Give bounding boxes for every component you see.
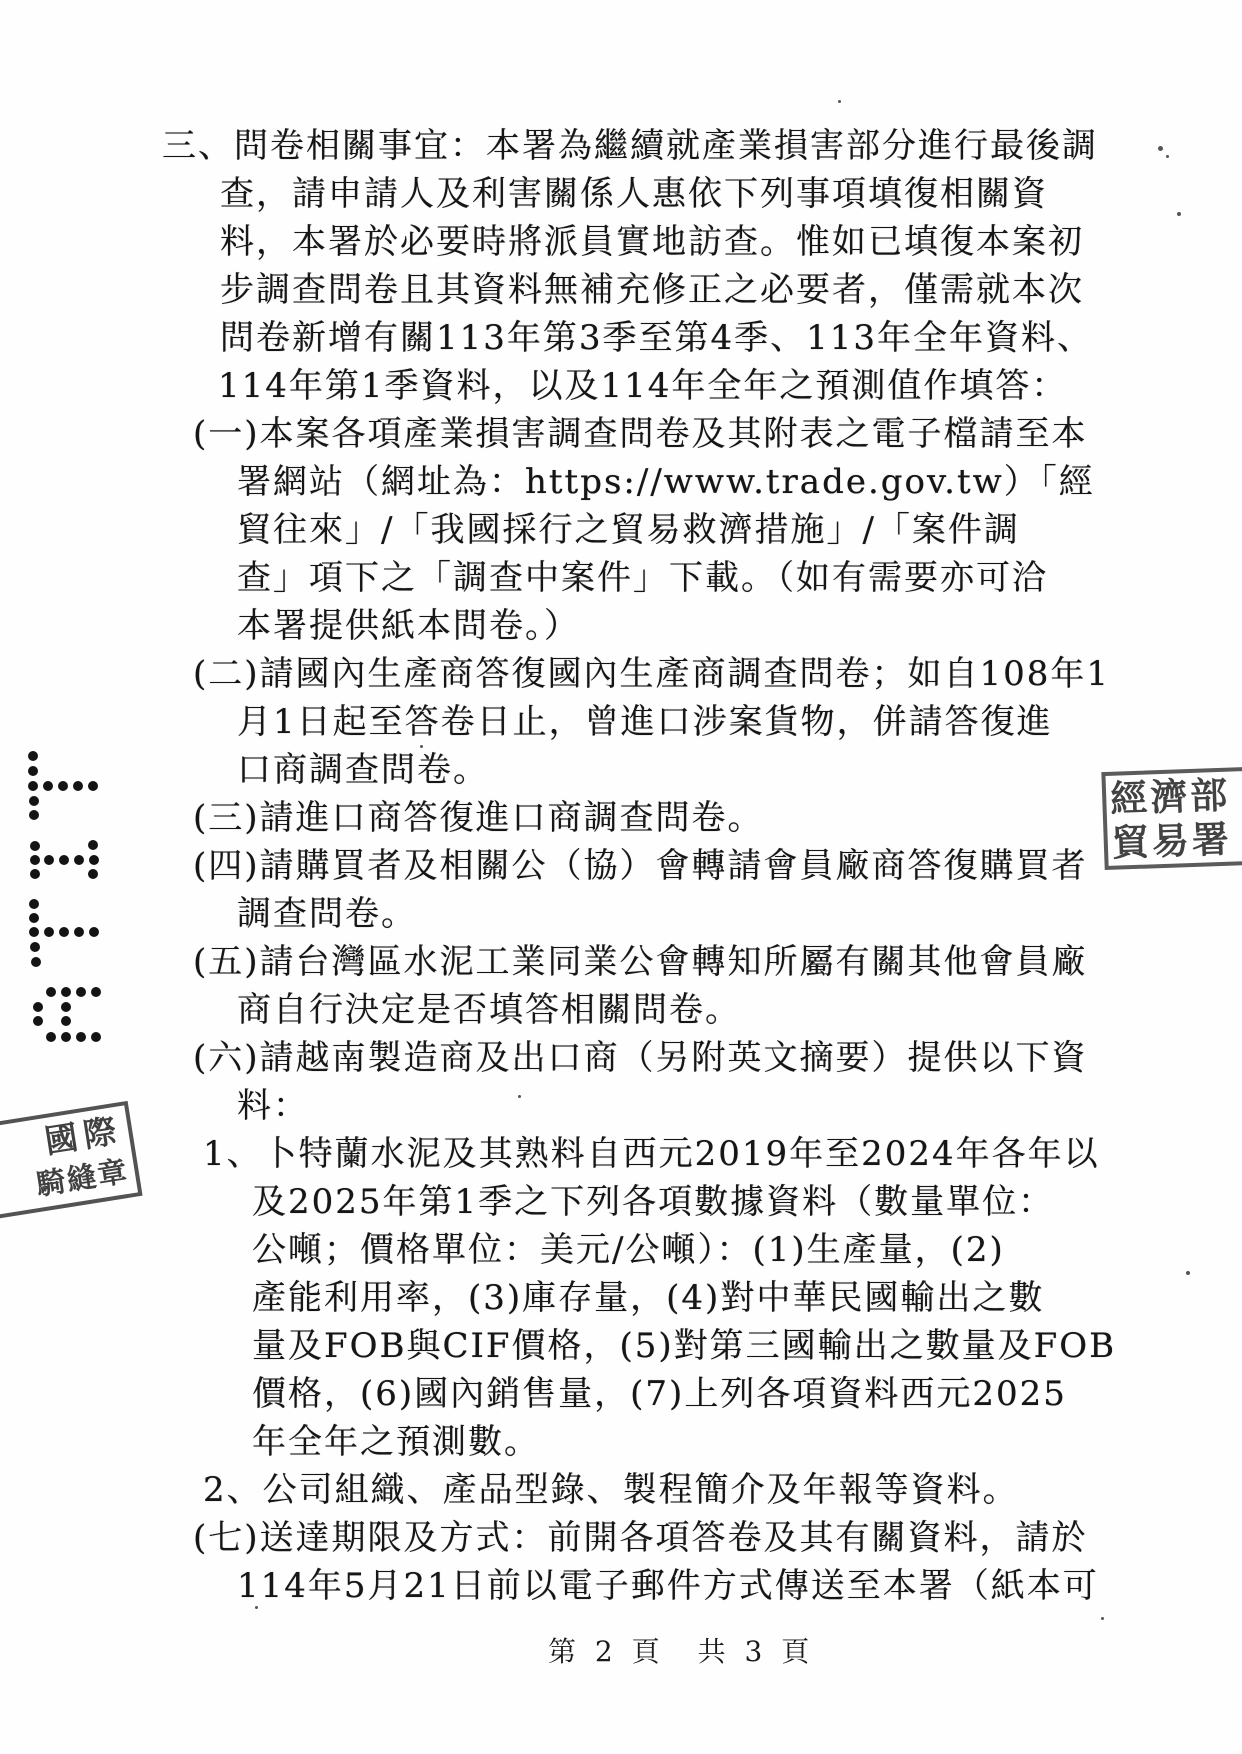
body-line-2: 查，請申請人及利害關係人惠依下列事項填復相關資 (220, 170, 1048, 218)
punch-dot (88, 840, 98, 850)
punch-dot (46, 1032, 56, 1042)
body-line-7: (一)本案各項產業損害調查問卷及其附表之電子檔請至本 (193, 410, 1088, 458)
noise-speck (1166, 155, 1169, 158)
punch-dot (61, 1032, 71, 1042)
body-line-18: (五)請台灣區水泥工業同業公會轉知所屬有關其他會員廠 (193, 938, 1088, 986)
noise-speck (1101, 1617, 1104, 1620)
body-line-26: 量及FOB與CIF價格，(5)對第三國輸出之數量及FOB (252, 1322, 1116, 1370)
punch-dot (76, 987, 86, 997)
body-line-11: 本署提供紙本問卷。） (237, 602, 580, 650)
body-line-3: 料，本署於必要時將派員實地訪查。惟如已填復本案初 (220, 218, 1084, 266)
punch-dot (28, 751, 38, 761)
punch-dot (33, 1002, 43, 1012)
punch-dot (91, 1032, 101, 1042)
stamp-text-row: 經濟部 (1110, 771, 1242, 821)
stamp-text-row: 貿易署 (1111, 815, 1242, 865)
body-line-1: 三、問卷相關事宜：本署為繼續就產業損害部分進行最後調 (162, 122, 1098, 170)
punch-dot (59, 855, 69, 865)
punch-dot (29, 796, 39, 806)
body-line-15: (三)請進口商答復進口商調查問卷。 (193, 794, 764, 842)
punch-dot (89, 927, 99, 937)
punch-dot (30, 855, 40, 865)
noise-speck (255, 1606, 258, 1609)
body-line-6: 114年第1季資料，以及114年全年之預測值作填答： (218, 362, 1067, 410)
punch-dot (61, 1002, 71, 1012)
punch-dot (59, 927, 69, 937)
body-line-28: 年全年之預測數。 (252, 1418, 540, 1466)
punch-dot (74, 927, 84, 937)
page-number-footer: 第 2 頁 共 3 頁 (548, 1630, 814, 1670)
noise-speck (838, 100, 841, 103)
punch-dot (74, 855, 84, 865)
punch-dot (88, 869, 98, 879)
punch-dot (58, 781, 68, 791)
punch-dot (46, 987, 56, 997)
noise-speck (1158, 146, 1163, 151)
body-line-5: 問卷新增有關113年第3季至第4季、113年全年資料、 (220, 314, 1093, 362)
punch-dot (28, 781, 38, 791)
punch-dot (44, 927, 54, 937)
body-line-22: 1、卜特蘭水泥及其熟料自西元2019年至2024年各年以 (203, 1130, 1100, 1178)
body-line-10: 查」項下之「調查中案件」下載。（如有需要亦可洽 (237, 554, 1048, 602)
punch-dot (73, 781, 83, 791)
body-line-19: 商自行決定是否填答相關問卷。 (237, 986, 741, 1034)
body-line-14: 口商調查問卷。 (237, 746, 489, 794)
noise-speck (420, 745, 423, 748)
punch-dot (89, 855, 99, 865)
body-line-8: 署網站（網址為：https://www.trade.gov.tw）「經 (237, 458, 1095, 506)
body-line-25: 產能利用率，(3)庫存量，(4)對中華民國輸出之數 (252, 1274, 1044, 1322)
body-line-23: 及2025年第1季之下列各項數據資料（數量單位： (252, 1178, 1054, 1226)
noise-speck (1177, 212, 1181, 216)
noise-speck (650, 1246, 653, 1249)
body-line-30: (七)送達期限及方式：前開各項答卷及其有關資料，請於 (193, 1514, 1088, 1562)
body-line-27: 價格，(6)國內銷售量，(7)上列各項資料西元2025 (252, 1370, 1067, 1418)
body-line-12: (二)請國內生產商答復國內生產商調查問卷；如自108年1 (193, 650, 1110, 698)
scanned-document-page: 三、問卷相關事宜：本署為繼續就產業損害部分進行最後調 查，請申請人及利害關係人惠… (0, 0, 1242, 1754)
punch-dot (88, 781, 98, 791)
body-line-17: 調查問卷。 (237, 890, 417, 938)
punch-dot (61, 1016, 71, 1026)
punch-dot (29, 913, 39, 923)
punch-dot (31, 957, 41, 967)
body-line-21: 料： (237, 1082, 309, 1130)
noise-speck (518, 1095, 521, 1098)
body-line-4: 步調查問卷且其資料無補充修正之必要者，僅需就本次 (220, 266, 1084, 314)
ministry-trade-administration-stamp: 經濟部 貿易署 (1101, 766, 1242, 870)
body-line-16: (四)請購買者及相關公（協）會轉請會員廠商答復購買者 (193, 842, 1088, 890)
punch-dot (29, 899, 39, 909)
punch-dot (91, 987, 101, 997)
punch-dot (28, 766, 38, 776)
paging-seal-stamp: 國際 騎縫章 (0, 1101, 143, 1219)
punch-dot (30, 869, 40, 879)
noise-speck (1186, 1271, 1190, 1275)
punch-dot (33, 1016, 43, 1026)
body-line-20: (六)請越南製造商及出口商（另附英文摘要）提供以下資 (193, 1034, 1088, 1082)
body-line-9: 貿往來」/「我國採行之貿易救濟措施」/「案件調 (237, 506, 1020, 554)
punch-dot (30, 841, 40, 851)
punch-dot (76, 1032, 86, 1042)
punch-dot (29, 927, 39, 937)
punch-dot (30, 942, 40, 952)
punch-dot (44, 855, 54, 865)
punch-dot (43, 781, 53, 791)
body-line-29: 2、公司組織、產品型錄、製程簡介及年報等資料。 (203, 1466, 1019, 1514)
punch-dot (61, 987, 71, 997)
body-line-13: 月1日起至答卷日止，曾進口涉案貨物，併請答復進 (237, 698, 1053, 746)
body-line-31: 114年5月21日前以電子郵件方式傳送至本署（紙本可 (237, 1562, 1099, 1610)
body-line-24: 公噸；價格單位：美元/公噸）：(1)生產量，(2) (252, 1226, 1005, 1274)
noise-speck (301, 527, 304, 530)
punch-dot (29, 810, 39, 820)
